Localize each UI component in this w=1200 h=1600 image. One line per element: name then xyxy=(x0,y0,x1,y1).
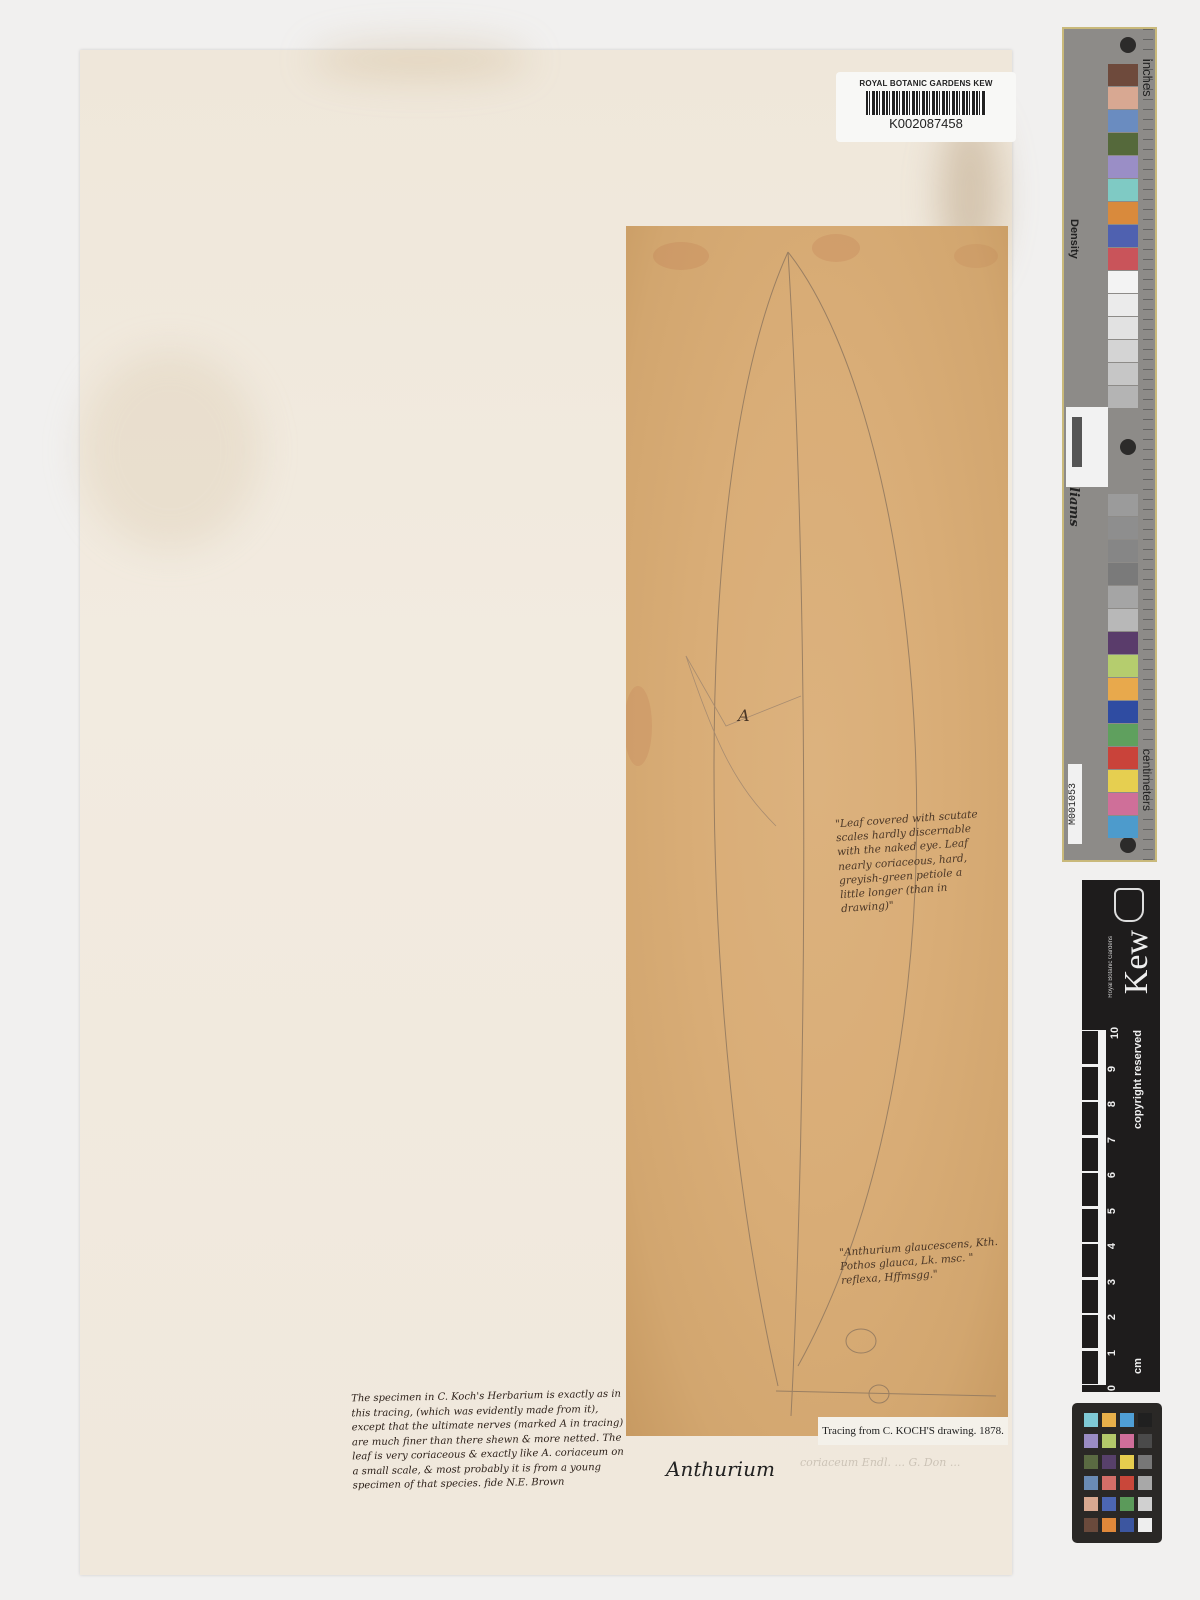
marker-letter-a: A xyxy=(738,706,750,725)
color-chip xyxy=(1102,1455,1116,1469)
color-swatch xyxy=(1108,248,1138,270)
ruler-hole xyxy=(1120,837,1136,853)
color-checker-card xyxy=(1072,1403,1162,1543)
color-chip xyxy=(1102,1413,1116,1427)
ruler-tick-scale xyxy=(1143,29,1153,860)
copyright-text: copyright reserved xyxy=(1132,1030,1144,1129)
cm-unit-label: cm xyxy=(1132,1358,1144,1374)
color-swatch xyxy=(1108,271,1138,293)
color-chip xyxy=(1084,1455,1098,1469)
color-swatch xyxy=(1108,678,1138,700)
cm-bar xyxy=(1082,1138,1098,1171)
color-swatch xyxy=(1108,655,1138,677)
cm-number: 5 xyxy=(1106,1207,1118,1213)
sheet-stain xyxy=(80,350,260,550)
ruler-id: M001053 xyxy=(1068,764,1082,844)
color-chip xyxy=(1120,1413,1134,1427)
color-swatch xyxy=(1108,770,1138,792)
cm-bar xyxy=(1082,1280,1098,1313)
color-chip xyxy=(1084,1434,1098,1448)
color-swatch xyxy=(1108,586,1138,608)
cm-scale-numbers: 012345678910 xyxy=(1109,1030,1129,1385)
cm-bar xyxy=(1082,1031,1098,1064)
cm-bar xyxy=(1082,1351,1098,1384)
cm-number: 8 xyxy=(1106,1101,1118,1107)
color-swatch xyxy=(1108,363,1138,385)
cm-bar xyxy=(1082,1244,1098,1277)
color-chip xyxy=(1084,1518,1098,1532)
cm-bar xyxy=(1082,1067,1098,1100)
gray-chip xyxy=(1138,1476,1152,1490)
color-swatch xyxy=(1108,609,1138,631)
sheet-stain xyxy=(310,40,530,80)
barcode-number: K002087458 xyxy=(836,116,1016,131)
cm-number: 1 xyxy=(1106,1349,1118,1355)
color-swatch xyxy=(1108,64,1138,86)
color-swatch xyxy=(1108,701,1138,723)
color-chip xyxy=(1084,1497,1098,1511)
color-swatch xyxy=(1108,156,1138,178)
cm-bar xyxy=(1082,1102,1098,1135)
color-chip xyxy=(1084,1476,1098,1490)
cm-number: 2 xyxy=(1106,1314,1118,1320)
color-chip xyxy=(1120,1518,1134,1532)
cm-number: 10 xyxy=(1109,1027,1121,1039)
color-swatch xyxy=(1108,133,1138,155)
barcode-label: ROYAL BOTANIC GARDENS KEW K002087458 xyxy=(836,72,1016,142)
tracing-source-label: Tracing from C. KOCH'S drawing. 1878. xyxy=(818,1417,1008,1445)
cm-number: 3 xyxy=(1106,1278,1118,1284)
cm-bar xyxy=(1082,1173,1098,1206)
color-chip xyxy=(1120,1455,1134,1469)
color-swatch xyxy=(1108,386,1138,408)
gray-chip xyxy=(1138,1413,1152,1427)
cm-bar xyxy=(1082,1315,1098,1348)
cm-number: 6 xyxy=(1106,1172,1118,1178)
color-chip xyxy=(1084,1413,1098,1427)
gray-chip xyxy=(1138,1518,1152,1532)
color-chip xyxy=(1120,1497,1134,1511)
color-calibration-ruler: inches centimeters Density Don Williams … xyxy=(1062,27,1157,862)
cm-number: 4 xyxy=(1106,1243,1118,1249)
color-chip xyxy=(1120,1476,1134,1490)
color-chip xyxy=(1102,1434,1116,1448)
cm-scale-bars xyxy=(1082,1030,1106,1385)
color-swatch xyxy=(1108,110,1138,132)
kew-scale-bar: Kew Royal Botanic Gardens copyright rese… xyxy=(1082,880,1160,1392)
color-swatch xyxy=(1108,747,1138,769)
institution-name: ROYAL BOTANIC GARDENS KEW xyxy=(836,79,1016,88)
color-swatch xyxy=(1108,793,1138,815)
cm-number: 9 xyxy=(1106,1065,1118,1071)
color-chip xyxy=(1102,1497,1116,1511)
kew-subtitle: Royal Botanic Gardens xyxy=(1108,936,1114,998)
cm-bar xyxy=(1082,1209,1098,1242)
color-swatch xyxy=(1108,317,1138,339)
kew-crest-icon xyxy=(1114,888,1144,922)
color-swatch xyxy=(1108,540,1138,562)
color-chip xyxy=(1102,1476,1116,1490)
handwritten-determination-note: The specimen in C. Koch's Herbarium is e… xyxy=(351,1388,628,1494)
color-swatch xyxy=(1108,816,1138,838)
color-swatch xyxy=(1108,563,1138,585)
cm-number: 7 xyxy=(1106,1136,1118,1142)
color-swatch xyxy=(1108,225,1138,247)
genus-name: Anthurium xyxy=(666,1457,775,1481)
color-chip xyxy=(1102,1518,1116,1532)
gray-step-target xyxy=(1066,407,1108,487)
color-swatch xyxy=(1108,202,1138,224)
color-swatch xyxy=(1108,87,1138,109)
gray-chip xyxy=(1138,1434,1152,1448)
barcode-icon xyxy=(866,91,986,115)
color-swatch xyxy=(1108,340,1138,362)
gray-chip xyxy=(1138,1497,1152,1511)
kew-logo: Kew xyxy=(1118,930,1156,994)
faint-annotation: coriaceum Endl. ... G. Don ... xyxy=(800,1455,1010,1472)
color-swatch xyxy=(1108,632,1138,654)
color-swatch xyxy=(1108,517,1138,539)
cm-number: 0 xyxy=(1106,1385,1118,1391)
ruler-hole xyxy=(1120,439,1136,455)
handwritten-leaf-note: "Leaf covered with scutate scales hardly… xyxy=(835,807,992,916)
color-swatch xyxy=(1108,494,1138,516)
gray-chip xyxy=(1138,1455,1152,1469)
color-swatch xyxy=(1108,724,1138,746)
color-chip xyxy=(1120,1434,1134,1448)
color-swatch xyxy=(1108,294,1138,316)
density-label: Density xyxy=(1068,219,1080,259)
color-swatch xyxy=(1108,179,1138,201)
ruler-hole xyxy=(1120,37,1136,53)
